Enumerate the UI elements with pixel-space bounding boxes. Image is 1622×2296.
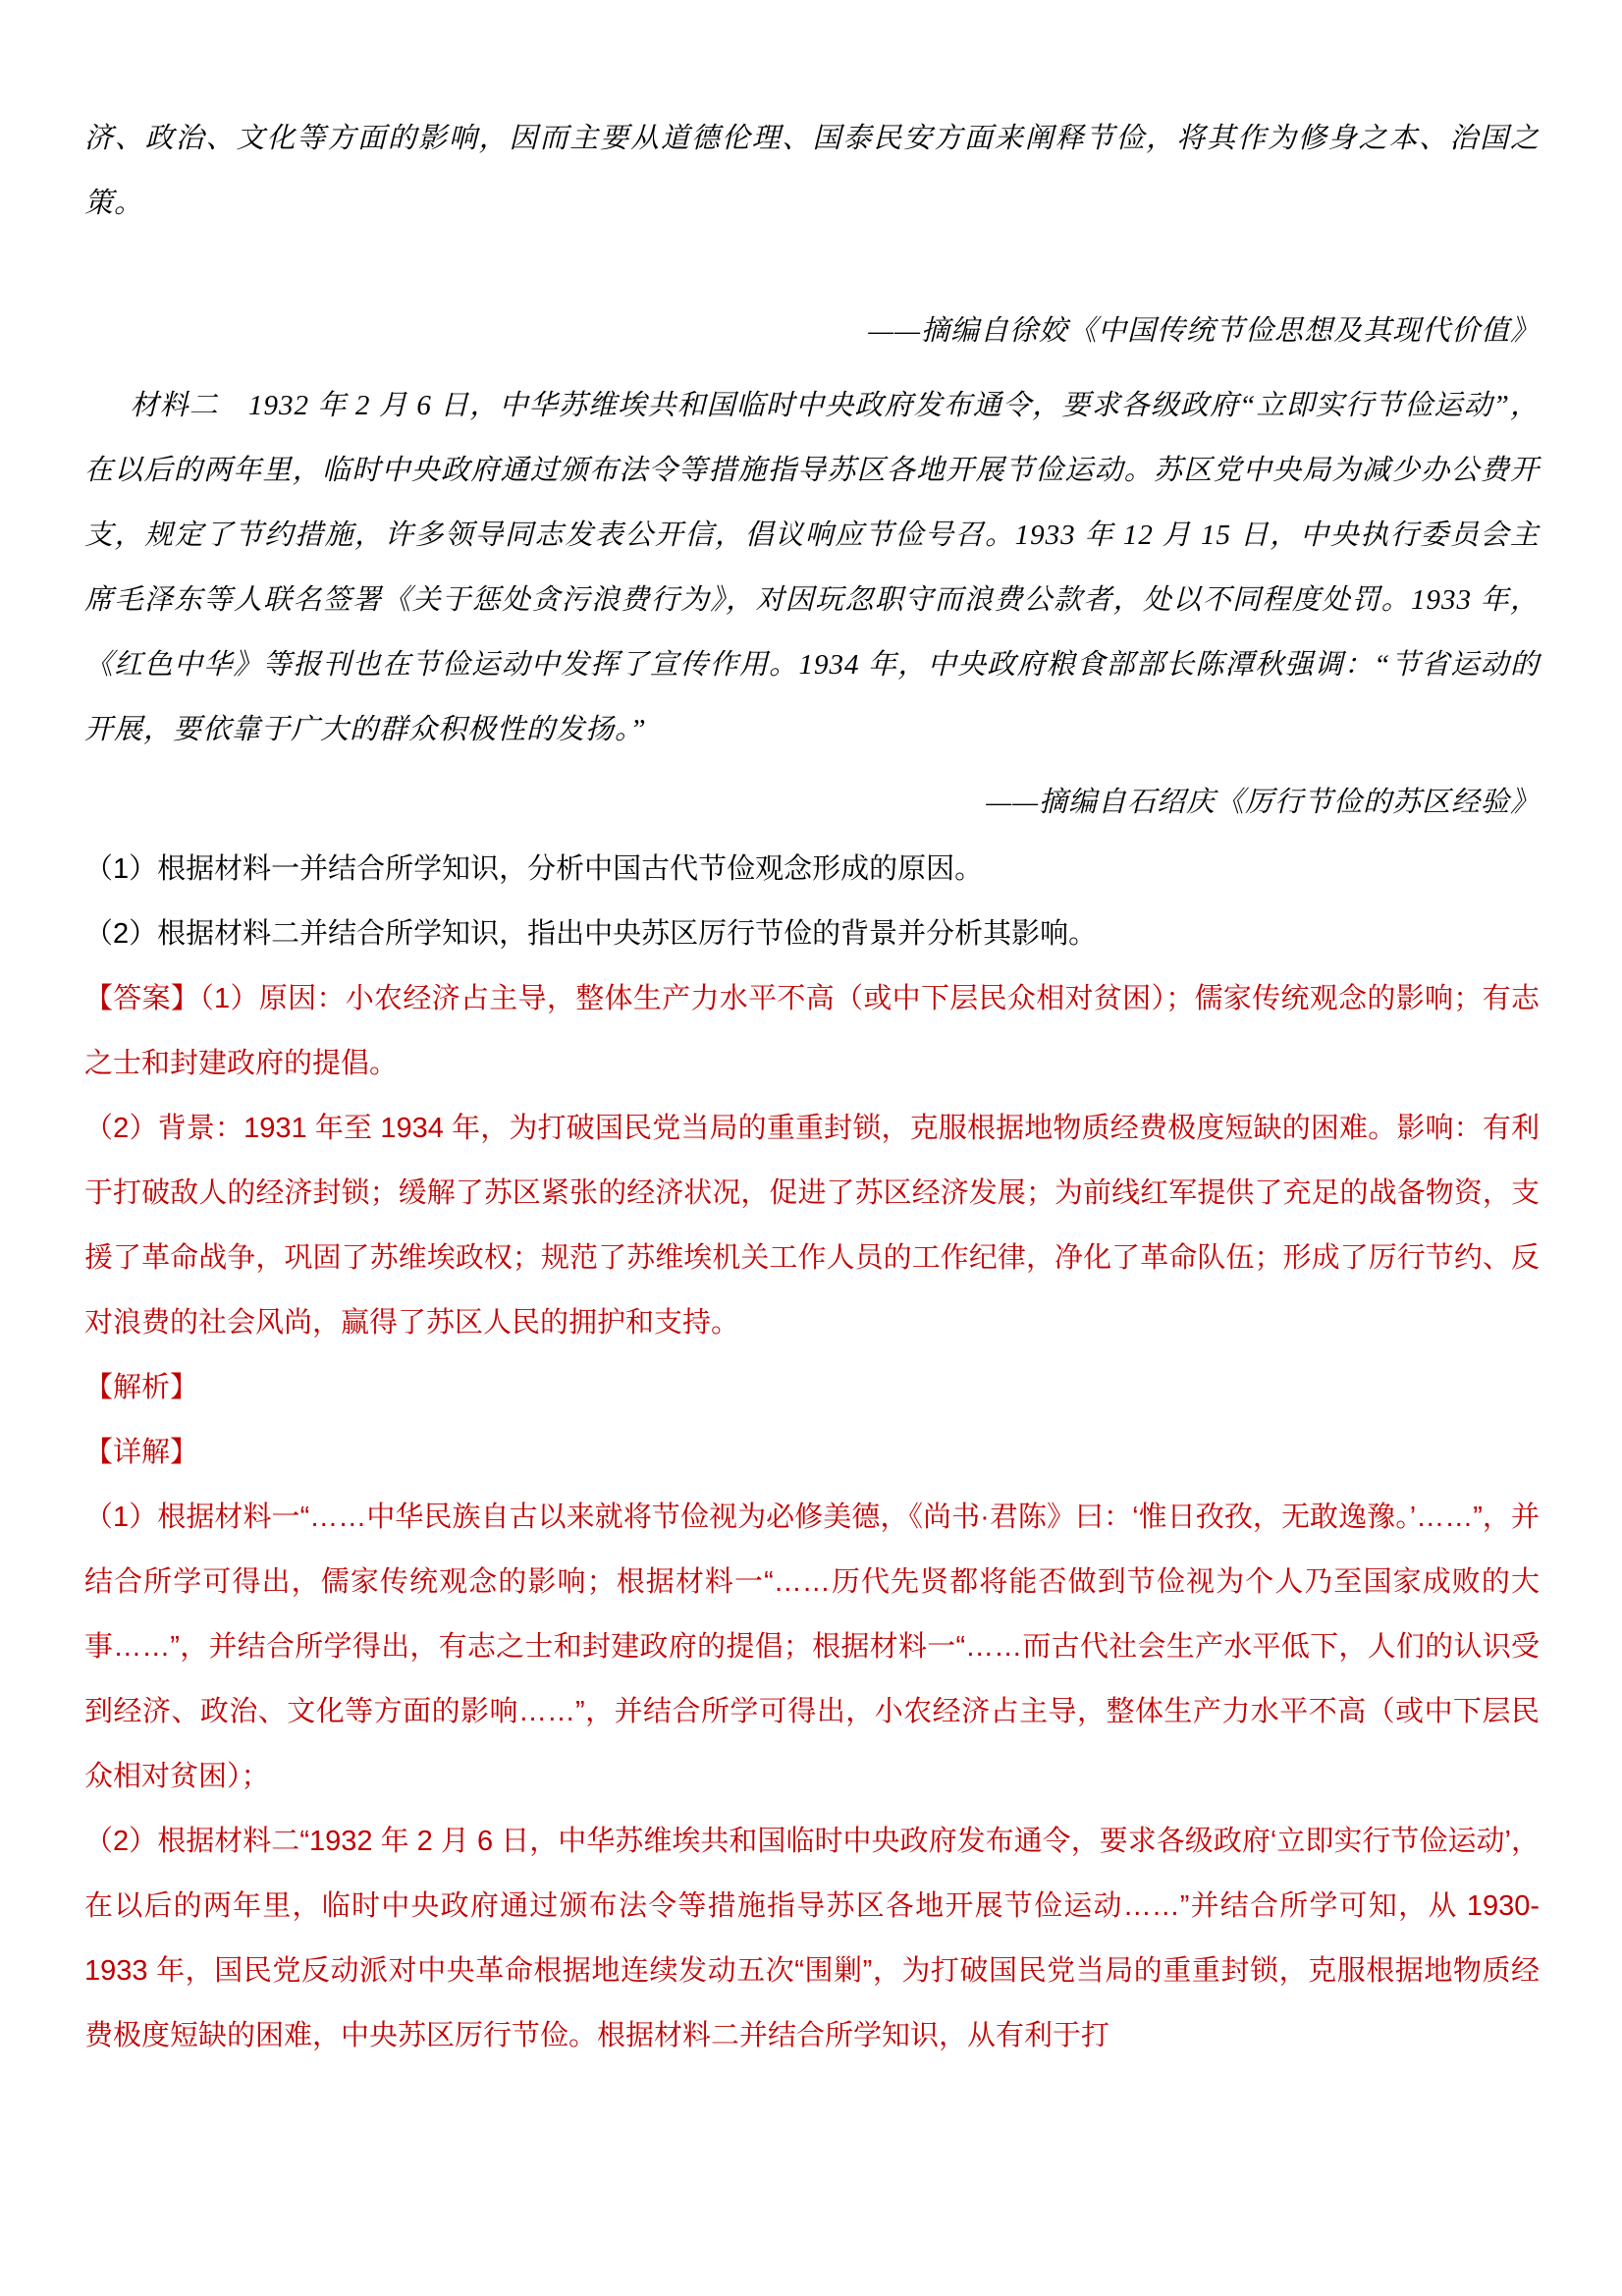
document-page: 济、政治、文化等方面的影响，因而主要从道德伦理、国泰民安方面来阐释节俭，将其作为… (0, 0, 1622, 2296)
answer-label: 【答案】 (84, 983, 199, 1014)
source-citation-2: ——摘编自石绍庆《厉行节俭的苏区经验》 (84, 770, 1540, 835)
material-one-continuation: 济、政治、文化等方面的影响，因而主要从道德伦理、国泰民安方面来阐释节俭，将其作为… (84, 106, 1540, 236)
answer-paragraph-1: 【答案】（1）原因：小农经济占主导，整体生产力水平不高（或中下层民众相对贫困）；… (84, 966, 1540, 1096)
material-two-paragraph: 材料二 1932 年 2 月 6 日，中华苏维埃共和国临时中央政府发布通令，要求… (84, 373, 1540, 762)
detail-paragraph-2: （2）根据材料二“1932 年 2 月 6 日，中华苏维埃共和国临时中央政府发布… (84, 1809, 1540, 2068)
analysis-label: 【解析】 (84, 1355, 1540, 1420)
detail-label: 【详解】 (84, 1420, 1540, 1485)
question-2: （2）根据材料二并结合所学知识，指出中央苏区厉行节俭的背景并分析其影响。 (84, 902, 1540, 966)
answer-paragraph-2: （2）背景：1931 年至 1934 年，为打破国民党当局的重重封锁，克服根据地… (84, 1096, 1540, 1355)
source-citation-1: ——摘编自徐姣《中国传统节俭思想及其现代价值》 (84, 299, 1540, 363)
question-1: （1）根据材料一并结合所学知识，分析中国古代节俭观念形成的原因。 (84, 837, 1540, 902)
detail-paragraph-1: （1）根据材料一“……中华民族自古以来就将节俭视为必修美德，《尚书·君陈》曰：‘… (84, 1485, 1540, 1809)
answer-part1-text: （1）原因：小农经济占主导，整体生产力水平不高（或中下层民众相对贫困）；儒家传统… (84, 983, 1540, 1079)
